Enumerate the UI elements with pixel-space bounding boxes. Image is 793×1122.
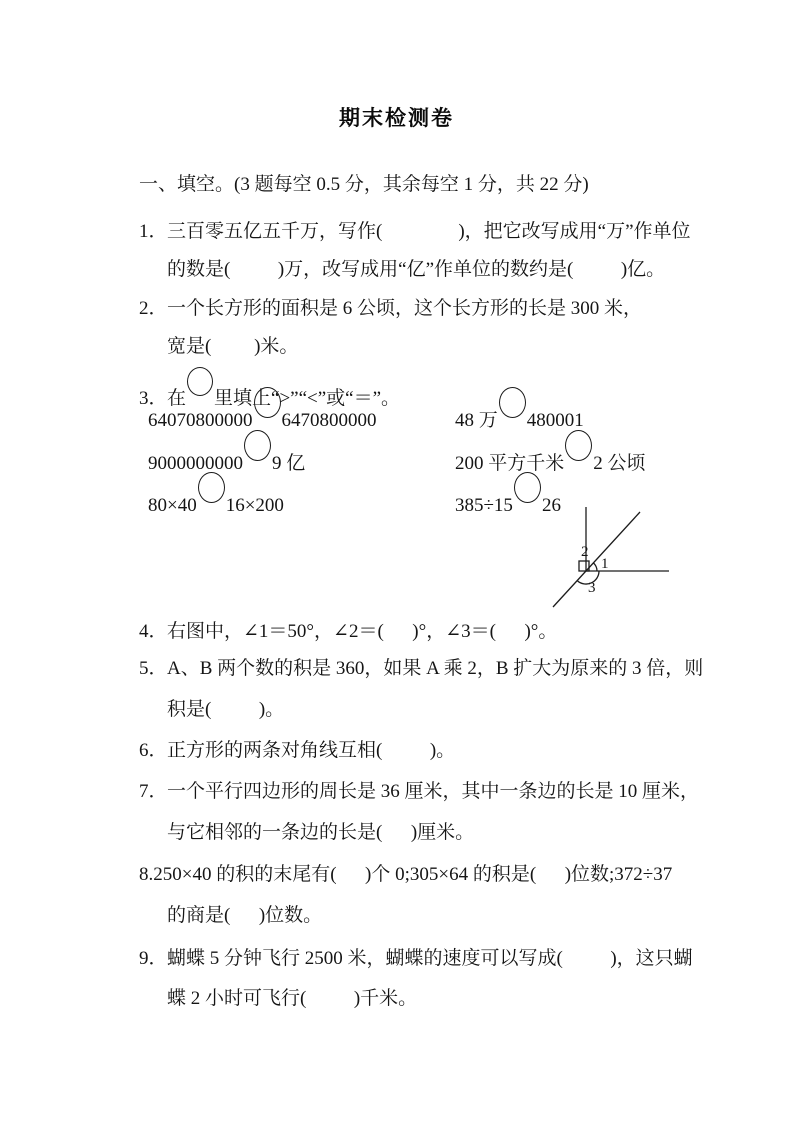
question-9-text-2: 蝶 2 小时可飞行( )千米。 <box>167 988 417 1009</box>
angle-3-label: 3 <box>588 580 596 596</box>
circle-blank <box>187 367 213 396</box>
section-heading-text: 一、填空。(3 题每空 0.5 分，其余每空 1 分，共 22 分) <box>139 174 589 195</box>
compare-left-value: 48 万 <box>455 410 498 431</box>
compare-item: 80×4016×200 <box>148 478 284 519</box>
compare-left-value: 80×40 <box>148 495 197 516</box>
compare-right-value: 16×200 <box>226 495 284 516</box>
angle-1-arc <box>593 563 597 571</box>
compare-item: 640708000006470800000 <box>148 393 377 434</box>
compare-item: 48 万480001 <box>455 393 584 434</box>
compare-left-value: 64070800000 <box>148 410 253 431</box>
question-3-compare-row: 640708000006470800000 48 万480001 <box>0 393 793 433</box>
angle-2-label: 2 <box>581 544 589 560</box>
circle-blank <box>198 472 225 503</box>
compare-left-value: 9000000000 <box>148 453 243 474</box>
compare-right-value: 6470800000 <box>282 410 377 431</box>
angle-diagram: 2 1 3 <box>545 498 675 612</box>
question-9-line-2: 蝶 2 小时可飞行( )千米。 <box>148 960 417 1038</box>
compare-right-value: 2 公顷 <box>593 453 645 474</box>
compare-right-value: 480001 <box>527 410 584 431</box>
circle-blank <box>514 472 541 503</box>
compare-item: 200 平方千米2 公顷 <box>455 436 646 477</box>
compare-left-value: 200 平方千米 <box>455 453 564 474</box>
page-title: 期末检测卷 <box>0 106 793 132</box>
circle-blank <box>244 430 271 461</box>
diagram-diagonal-line <box>553 512 640 607</box>
question-3-compare-row: 90000000009 亿 200 平方千米2 公顷 <box>0 436 793 476</box>
exam-paper-page: 期末检测卷 一、填空。(3 题每空 0.5 分，其余每空 1 分，共 22 分)… <box>0 0 793 1122</box>
compare-right-value: 9 亿 <box>272 453 305 474</box>
circle-blank <box>565 430 592 461</box>
compare-item: 90000000009 亿 <box>148 436 305 477</box>
compare-left-value: 385÷15 <box>455 495 513 516</box>
angle-1-label: 1 <box>601 556 609 572</box>
circle-blank <box>499 387 526 418</box>
circle-blank <box>254 387 281 418</box>
